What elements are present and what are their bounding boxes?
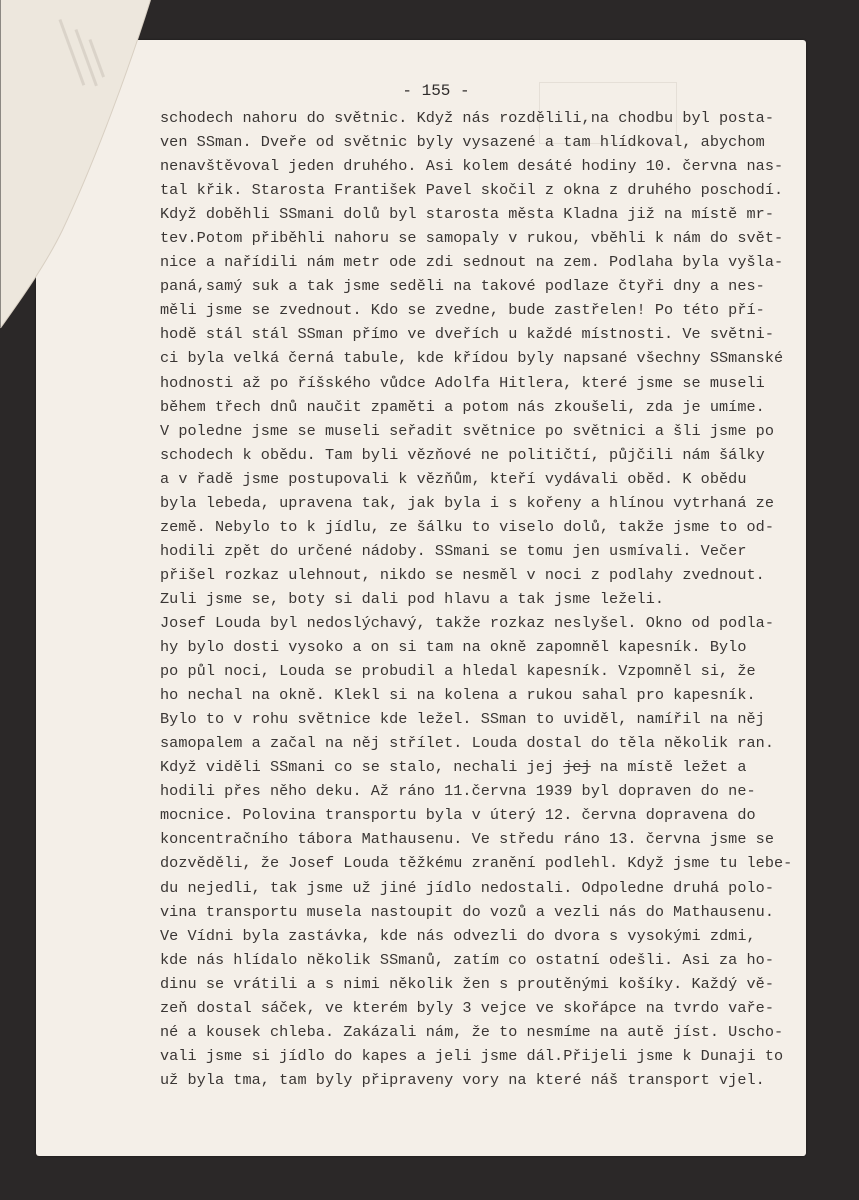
text-line: Ve Vídni byla zastávka, kde nás odvezli … <box>160 924 850 948</box>
text-line: né a kousek chleba. Zakázali nám, že to … <box>160 1020 850 1044</box>
text-line: schodech nahoru do světnic. Když nás roz… <box>160 106 850 130</box>
text-line: hodili přes něho deku. Až ráno 11.června… <box>160 779 850 803</box>
text-line: ci byla velká černá tabule, kde křídou b… <box>160 346 850 370</box>
text-line: hy bylo dosti vysoko a on si tam na okně… <box>160 635 850 659</box>
text-line: země. Nebylo to k jídlu, ze šálku to vis… <box>160 515 850 539</box>
text-line: dinu se vrátili a s nimi několik žen s p… <box>160 972 850 996</box>
text-line: tev.Potom přiběhli nahoru se samopaly v … <box>160 226 850 250</box>
text-line: kde nás hlídalo několik SSmanů, zatím co… <box>160 948 850 972</box>
text-line: přišel rozkaz ulehnout, nikdo se nesměl … <box>160 563 850 587</box>
text-line: vina transportu musela nastoupit do vozů… <box>160 900 850 924</box>
text-line: vali jsme si jídlo do kapes a jeli jsme … <box>160 1044 850 1068</box>
text-line: Bylo to v rohu světnice kde ležel. SSman… <box>160 707 850 731</box>
text-line: a v řadě jsme postupovali k vězňům, kteř… <box>160 467 850 491</box>
text-line: během třech dnů naučit zpaměti a potom n… <box>160 395 850 419</box>
text-line: Zuli jsme se, boty si dali pod hlavu a t… <box>160 587 850 611</box>
text-line: nenavštěvoval jeden druhého. Asi kolem d… <box>160 154 850 178</box>
text-line: paná,samý suk a tak jsme seděli na takov… <box>160 274 850 298</box>
struck-word: jej <box>563 758 591 776</box>
text-line: ven SSman. Dveře od světnic byly vysazen… <box>160 130 850 154</box>
text-line: Když doběhli SSmani dolů byl starosta mě… <box>160 202 850 226</box>
text-line: samopalem a začal na něj střílet. Louda … <box>160 731 850 755</box>
text-line: už byla tma, tam byly připraveny vory na… <box>160 1068 850 1092</box>
text-line: du nejedli, tak jsme už jiné jídlo nedos… <box>160 876 850 900</box>
text-line: tal křik. Starosta František Pavel skoči… <box>160 178 850 202</box>
text-line: měli jsme se zvednout. Kdo se zvedne, bu… <box>160 298 850 322</box>
text-line: koncentračního tábora Mathausenu. Ve stř… <box>160 827 850 851</box>
document-page: - 155 - schodech nahoru do světnic. Když… <box>36 40 806 1156</box>
text-line: ho nechal na okně. Klekl si na kolena a … <box>160 683 850 707</box>
text-line: Josef Louda byl nedoslýchavý, takže rozk… <box>160 611 850 635</box>
text-line: mocnice. Polovina transportu byla v úter… <box>160 803 850 827</box>
text-line: zeň dostal sáček, ve kterém byly 3 vejce… <box>160 996 850 1020</box>
text-line: Když viděli SSmani co se stalo, nechali … <box>160 755 850 779</box>
text-line: po půl noci, Louda se probudil a hledal … <box>160 659 850 683</box>
text-line: V poledne jsme se museli seřadit světnic… <box>160 419 850 443</box>
text-line: hodili zpět do určené nádoby. SSmani se … <box>160 539 850 563</box>
text-line: nice a nařídili nám metr ode zdi sednout… <box>160 250 850 274</box>
text-line: byla lebeda, upravena tak, jak byla i s … <box>160 491 850 515</box>
text-line: schodech k obědu. Tam byli vězňové ne po… <box>160 443 850 467</box>
text-line: dozvěděli, že Josef Louda těžkému zraněn… <box>160 851 850 875</box>
typewritten-body: schodech nahoru do světnic. Když nás roz… <box>160 106 850 1092</box>
text-line: hodě stál stál SSman přímo ve dveřích u … <box>160 322 850 346</box>
text-line: hodnosti až po říšského vůdce Adolfa Hit… <box>160 371 850 395</box>
page-number: - 155 - <box>36 82 806 100</box>
